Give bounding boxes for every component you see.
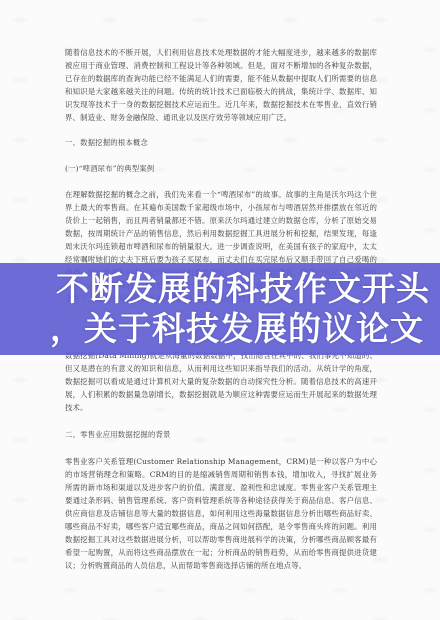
definition-paragraph: 数据挖掘(Data Mining)就是从海量的数据数据中，找出隐含在其中的、我们… (65, 349, 377, 414)
section-heading-retail-background: 二、零售业应用数据挖掘的背景 (65, 428, 377, 441)
subsection-heading-beer-diaper: (一)“啤酒尿布”的典型案例 (65, 162, 377, 175)
banner-title-line-2: ，关于科技发展的议论文 (50, 309, 424, 349)
intro-paragraph: 随着信息技术的不断开展，人们利用信息技术处理数据的才能大幅度进步，越来越多的数据… (65, 46, 377, 124)
banner-title-line-1: 不断发展的科技作文开头 (56, 269, 430, 309)
section-heading-basic-concept: 一、数据挖掘的根本概念 (65, 136, 377, 149)
crm-paragraph: 零售业客户关系管理(Customer Relationship Manageme… (65, 455, 377, 572)
title-banner: 不断发展的科技作文开头 ，关于科技发展的议论文 (0, 263, 440, 355)
